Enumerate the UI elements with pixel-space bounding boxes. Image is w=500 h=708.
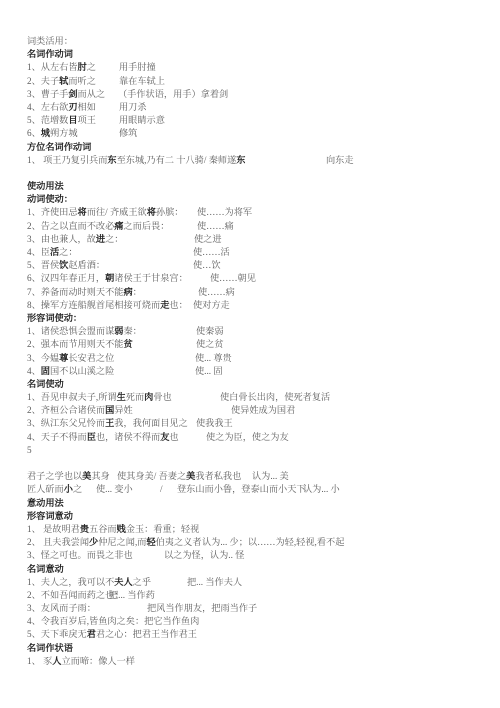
text-fragment: 1、诸侯恐惧会盟而谋弱秦： bbox=[27, 325, 142, 338]
text-fragment: 使之贫 bbox=[196, 338, 224, 351]
text-fragment: 3、曹子手剑而从之 bbox=[27, 88, 105, 101]
text-line: 匠人斫而小之使... 变小/登东山而小鲁，登泰山而小天下认为... 小 bbox=[0, 483, 500, 496]
text-fragment: 词类活用： bbox=[27, 35, 73, 48]
text-fragment: 5、晋侯饮赵盾酒： bbox=[27, 259, 105, 272]
text-fragment: 6、城朔方城 bbox=[27, 127, 78, 140]
list-item: 2、齐桓公合诸侯而国异姓使异姓成为国君 bbox=[0, 404, 500, 417]
section-heading: 名词意动 bbox=[0, 563, 500, 576]
list-item: 3、今媪尊长安君之位使... 尊贵 bbox=[0, 352, 500, 365]
text-fragment: 动词使动： bbox=[27, 193, 73, 206]
list-item: 1、 项王乃复引兵而东至东城,乃有二 十八骑/ 秦师遂东向东走 bbox=[0, 154, 500, 167]
text-fragment: 4、固国不以山溪之险 bbox=[27, 365, 114, 378]
text-fragment: （手作状语，用手）拿着剑 bbox=[118, 88, 228, 101]
text-fragment: 4、臣活之： bbox=[27, 246, 78, 259]
text-fragment: 形容词意动 bbox=[27, 510, 73, 523]
text-fragment: 6、汉四年春正月，朝诸侯王于甘泉宫： bbox=[27, 272, 188, 285]
text-fragment: 方位名词作动词 bbox=[27, 141, 91, 154]
text-fragment: 用刀杀 bbox=[119, 101, 147, 114]
text-fragment: 名词意动 bbox=[27, 563, 64, 576]
list-item: 4、固国不以山溪之险使... 固 bbox=[0, 365, 500, 378]
text-fragment: 1、吾见申叔夫子,所谓生死而肉骨也 bbox=[27, 391, 172, 404]
text-fragment: 2、齐桓公合诸侯而国异姓 bbox=[27, 404, 133, 417]
section-heading: 意动用法 bbox=[0, 497, 500, 510]
text-fragment: 使白骨长出肉，使死者复活 bbox=[220, 391, 330, 404]
text-fragment: 形容词使动： bbox=[27, 312, 82, 325]
list-item: 2、强本而节用则天不能贫使之贫 bbox=[0, 338, 500, 351]
page-number: 5 bbox=[0, 444, 500, 457]
section-heading: 形容词使动： bbox=[0, 312, 500, 325]
list-item: 5、晋侯饮赵盾酒：使…饮 bbox=[0, 259, 500, 272]
text-fragment: 名词使动 bbox=[27, 378, 64, 391]
list-item: 1、从左右皆肘之用手肘撞 bbox=[0, 61, 500, 74]
text-line: 君子之学也以美其身使其身美/ 吾妻之美我者私我也认为... 美 bbox=[0, 470, 500, 483]
list-item: 5、范增数目项王用眼睛示意 bbox=[0, 114, 500, 127]
text-fragment: 使异姓成为国君 bbox=[231, 404, 295, 417]
text-fragment: 名词作动词 bbox=[27, 48, 73, 61]
text-fragment: 使动用法 bbox=[27, 180, 64, 193]
list-item: 8、操军方连船舰首尾相接可烧而走也：使对方走 bbox=[0, 299, 500, 312]
text-fragment: 使……痛 bbox=[197, 220, 234, 233]
list-item: 3、友风而子雨：把风当作朋友，把雨当作子 bbox=[0, 602, 500, 615]
text-fragment: 把风当作朋友，把雨当作子 bbox=[147, 602, 257, 615]
section-heading: 名词作状语 bbox=[0, 642, 500, 655]
text-fragment: 3、今媪尊长安君之位 bbox=[27, 352, 114, 365]
list-item: 2、夫子轼而听之靠在车轼上 bbox=[0, 75, 500, 88]
text-fragment: 使我我王 bbox=[196, 417, 233, 430]
text-fragment: 使……朝见 bbox=[210, 272, 256, 285]
section-heading: 名词作动词 bbox=[0, 48, 500, 61]
text-fragment: 使之进 bbox=[194, 233, 222, 246]
text-fragment: 4、令我百岁后,皆鱼肉之矣：把它当作鱼肉 bbox=[27, 615, 199, 628]
list-item: 2、告之以直而不改必痛之而后畏：使……痛 bbox=[0, 220, 500, 233]
text-fragment: 2、强本而节用则天不能贫 bbox=[27, 338, 133, 351]
text-fragment: 1、 豕人立而啼：像人一样 bbox=[27, 655, 135, 668]
text-fragment: 2、告之以直而不改必痛之而后畏： bbox=[27, 220, 169, 233]
text-fragment: 5、范增数目项王 bbox=[27, 114, 96, 127]
text-fragment: 使……病 bbox=[198, 286, 235, 299]
text-fragment: 1、从左右皆肘之 bbox=[27, 61, 96, 74]
text-fragment: 使……为将军 bbox=[197, 206, 252, 219]
text-fragment: 1、 是故明君贵五谷而贱金玉：看重；轻视 bbox=[27, 523, 199, 536]
text-fragment: 1、齐使田忌将而往/ 齐威王欲将孙膑： bbox=[27, 206, 183, 219]
list-item: 3、由也兼人，故进之：使之进 bbox=[0, 233, 500, 246]
text-fragment: 匠人斫而小之 bbox=[27, 483, 82, 496]
list-item: 4、令我百岁后,皆鱼肉之矣：把它当作鱼肉 bbox=[0, 615, 500, 628]
section-heading: 方位名词作动词 bbox=[0, 141, 500, 154]
text-fragment: 4、天子不得而臣也，诸侯不得而友也 bbox=[27, 431, 179, 444]
text-fragment: 君子之学也以美其身 bbox=[27, 470, 110, 483]
list-item: 4、左右欲刃相如用刀杀 bbox=[0, 101, 500, 114]
document-body: 词类活用：名词作动词1、从左右皆肘之用手肘撞2、夫子轼而听之靠在车轼上3、曹子手… bbox=[0, 35, 500, 668]
text-fragment: 3、友风而子雨： bbox=[27, 602, 96, 615]
list-item: 1、齐使田忌将而往/ 齐威王欲将孙膑：使……为将军 bbox=[0, 206, 500, 219]
list-item: 1、夫人之，我可以不夫人之乎把... 当作夫人 bbox=[0, 576, 500, 589]
list-item: 5、天下乖戾无君君之心：把君王当作君王 bbox=[0, 628, 500, 641]
text-fragment: 把... 当作药 bbox=[109, 589, 155, 602]
text-fragment: 登东山而小鲁，登泰山而小天下 bbox=[177, 483, 306, 496]
text-fragment: 使... 固 bbox=[195, 365, 223, 378]
text-fragment: 使之为臣，使之为友 bbox=[206, 431, 289, 444]
text-fragment: 5、天下乖戾无君君之心：把君王当作君王 bbox=[27, 628, 197, 641]
section-heading: 形容词意动 bbox=[0, 510, 500, 523]
text-fragment: 7、养备而动时则天不能病： bbox=[27, 286, 142, 299]
text-fragment: 修筑 bbox=[119, 127, 137, 140]
text-fragment: 名词作状语 bbox=[27, 642, 73, 655]
text-fragment: / bbox=[160, 483, 163, 496]
blank-line bbox=[0, 457, 500, 470]
list-item: 3、怪之可也。而畏之非也以之为怪，认为.. 怪 bbox=[0, 549, 500, 562]
list-item: 2、 且夫我尝闻少仲尼之闻,而轻伯夷之义者认为... 少；以……为轻,轻视,看不… bbox=[0, 536, 500, 549]
text-fragment: 意动用法 bbox=[27, 497, 64, 510]
text-fragment: 3、纵江东父兄怜而王我，我何面目见之 bbox=[27, 417, 188, 430]
text-fragment: 2、夫子轼而听之 bbox=[27, 75, 96, 88]
text-fragment: 以之为怪，认为.. 怪 bbox=[164, 549, 244, 562]
text-fragment: 认为... 美 bbox=[252, 470, 289, 483]
text-fragment: 使秦弱 bbox=[196, 325, 224, 338]
list-item: 1、诸侯恐惧会盟而谋弱秦：使秦弱 bbox=[0, 325, 500, 338]
list-item: 1、 豕人立而啼：像人一样 bbox=[0, 655, 500, 668]
text-fragment: 把... 当作夫人 bbox=[187, 576, 242, 589]
section-heading: 使动用法 bbox=[0, 180, 500, 193]
section-heading: 名词使动 bbox=[0, 378, 500, 391]
list-item: 4、臣活之：使……活 bbox=[0, 246, 500, 259]
list-item: 7、养备而动时则天不能病：使……病 bbox=[0, 286, 500, 299]
text-fragment: 1、 项王乃复引兵而东至东城,乃有二 十八骑/ 秦师遂东 bbox=[27, 154, 245, 167]
list-item: 6、城朔方城修筑 bbox=[0, 127, 500, 140]
text-fragment: 1、夫人之，我可以不夫人之乎 bbox=[27, 576, 151, 589]
text-fragment: 用手肘撞 bbox=[119, 61, 156, 74]
list-item: 4、天子不得而臣也，诸侯不得而友也使之为臣，使之为友 bbox=[0, 431, 500, 444]
list-item: 1、 是故明君贵五谷而贱金玉：看重；轻视 bbox=[0, 523, 500, 536]
list-item: 1、吾见申叔夫子,所谓生死而肉骨也使白骨长出肉，使死者复活 bbox=[0, 391, 500, 404]
text-fragment: 3、怪之可也。而畏之非也 bbox=[27, 549, 133, 562]
text-fragment: 认为... 少；以……为轻,轻视,看不起 bbox=[202, 536, 344, 549]
text-fragment: 8、操军方连船舰首尾相接可烧而走也： bbox=[27, 299, 188, 312]
text-fragment: 使... 尊贵 bbox=[195, 352, 232, 365]
text-fragment: 3、由也兼人，故进之： bbox=[27, 233, 123, 246]
text-fragment: 认为... 小 bbox=[303, 483, 340, 496]
blank-line bbox=[0, 167, 500, 180]
section-heading: 动词使动： bbox=[0, 193, 500, 206]
text-fragment: 使其身美/ 吾妻之美我者私我也 bbox=[117, 470, 241, 483]
text-fragment: 4、左右欲刃相如 bbox=[27, 101, 96, 114]
list-item: 6、汉四年春正月，朝诸侯王于甘泉宫：使……朝见 bbox=[0, 272, 500, 285]
text-fragment: 使对方走 bbox=[193, 299, 230, 312]
text-fragment: 使……活 bbox=[193, 246, 230, 259]
list-item: 2、不如吾闻而药之也：把... 当作药 bbox=[0, 589, 500, 602]
text-fragment: 向东走 bbox=[326, 154, 354, 167]
text-fragment: 5 bbox=[27, 444, 32, 457]
text-fragment: 2、 且夫我尝闻少仲尼之闻,而轻伯夷之义者 bbox=[27, 536, 202, 549]
document-page: 词类活用：名词作动词1、从左右皆肘之用手肘撞2、夫子轼而听之靠在车轼上3、曹子手… bbox=[0, 0, 500, 708]
doc-title: 词类活用： bbox=[0, 35, 500, 48]
text-fragment: 用眼睛示意 bbox=[119, 114, 165, 127]
text-fragment: 靠在车轼上 bbox=[119, 75, 165, 88]
list-item: 3、曹子手剑而从之（手作状语，用手）拿着剑 bbox=[0, 88, 500, 101]
text-fragment: 使... 变小 bbox=[96, 483, 133, 496]
list-item: 3、纵江东父兄怜而王我，我何面目见之使我我王 bbox=[0, 417, 500, 430]
text-fragment: 使…饮 bbox=[193, 259, 221, 272]
